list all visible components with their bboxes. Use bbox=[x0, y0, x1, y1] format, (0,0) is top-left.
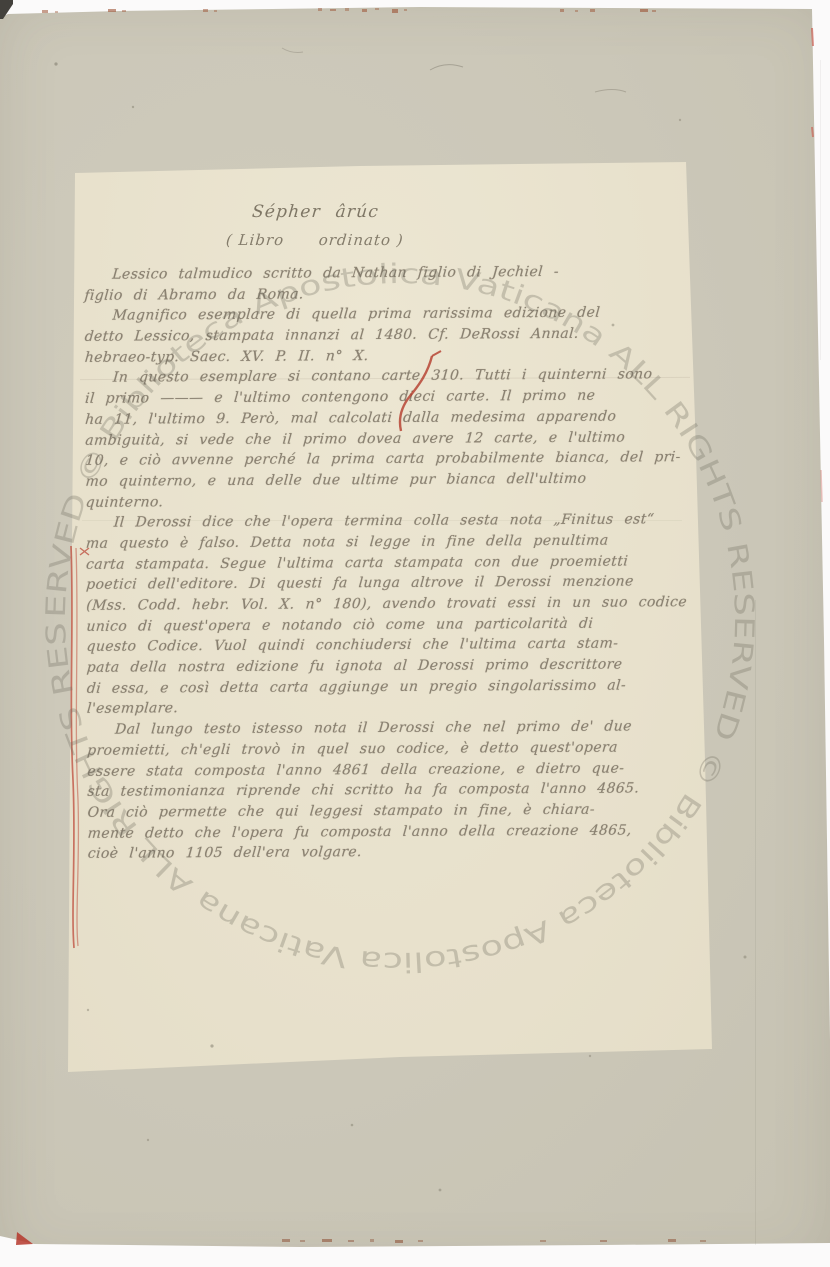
manuscript-line: ha 11, l'ultimo 9. Però, mal calcolati d… bbox=[84, 406, 678, 430]
manuscript-line: proemietti, ch'egli trovò in quel suo co… bbox=[86, 737, 680, 761]
manuscript-lines: Lessico talmudico scritto da Nathan figl… bbox=[84, 261, 680, 865]
scanned-manuscript-page: Sépher ârúc ( Libro ordinato ) Lessico t… bbox=[0, 0, 830, 1267]
manuscript-subtitle: ( Libro ordinato ) bbox=[225, 231, 404, 249]
album-crease bbox=[820, 60, 821, 360]
manuscript-title: Sépher ârúc bbox=[251, 202, 380, 222]
manuscript-line: mo quinterno, e una delle due ultime pur… bbox=[85, 468, 679, 492]
manuscript-line: Ora ciò permette che qui leggesi stampat… bbox=[87, 799, 681, 823]
manuscript-line: cioè l'anno 1105 dell'era volgare. bbox=[87, 840, 681, 864]
